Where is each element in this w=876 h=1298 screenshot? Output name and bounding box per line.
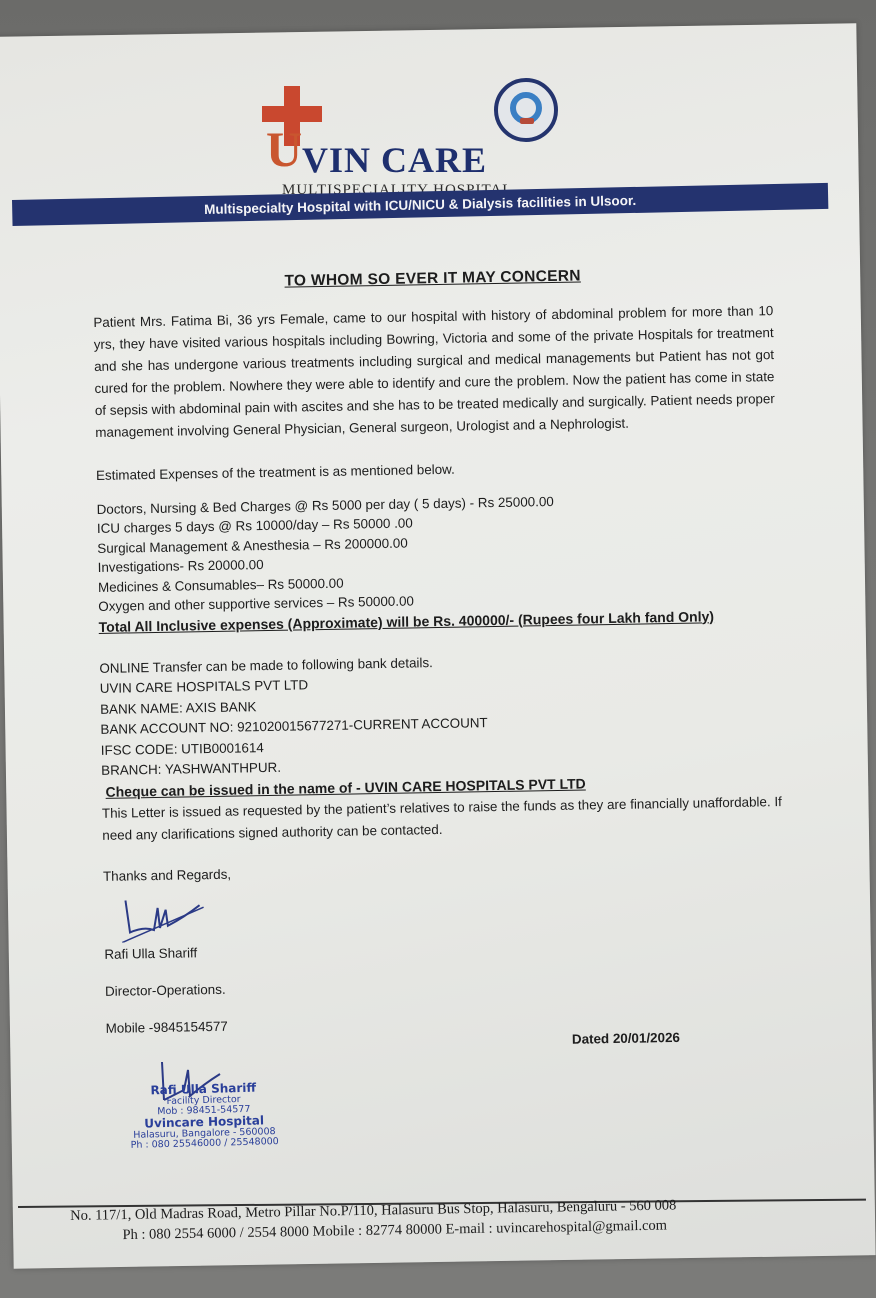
signatory-title: Director-Operations. — [105, 970, 785, 1002]
accreditation-seal-icon — [494, 78, 558, 142]
regards-text: Thanks and Regards, — [103, 855, 783, 886]
hospital-logo: U VIN CARE MULTISPECIALITY HOSPITAL — [252, 78, 572, 198]
handwritten-signature-icon — [113, 894, 224, 942]
letter-page: U VIN CARE MULTISPECIALITY HOSPITAL Mult… — [0, 23, 876, 1268]
patient-description: Patient Mrs. Fatima Bi, 36 yrs Female, c… — [93, 300, 775, 444]
brand-initial: U — [266, 124, 302, 174]
bank-details: ONLINE Transfer can be made to following… — [99, 647, 781, 782]
letter-footer: No. 117/1, Old Madras Road, Metro Pillar… — [70, 1193, 831, 1246]
signature-block: Thanks and Regards, Rafi Ulla Shariff Di… — [103, 855, 786, 1038]
letter-body: TO WHOM SO EVER IT MAY CONCERN Patient M… — [92, 232, 786, 1055]
letter-date: Dated 20/01/2026 — [572, 1030, 680, 1047]
expense-list: Doctors, Nursing & Bed Charges @ Rs 5000… — [96, 488, 778, 617]
letter-heading: TO WHOM SO EVER IT MAY CONCERN — [93, 264, 773, 294]
official-stamp: Rafi Ulla Shariff Facility Director Mob … — [103, 1079, 305, 1151]
signatory-mobile: Mobile -9845154577 — [106, 1007, 786, 1039]
brand-name: VIN CARE — [302, 142, 487, 178]
